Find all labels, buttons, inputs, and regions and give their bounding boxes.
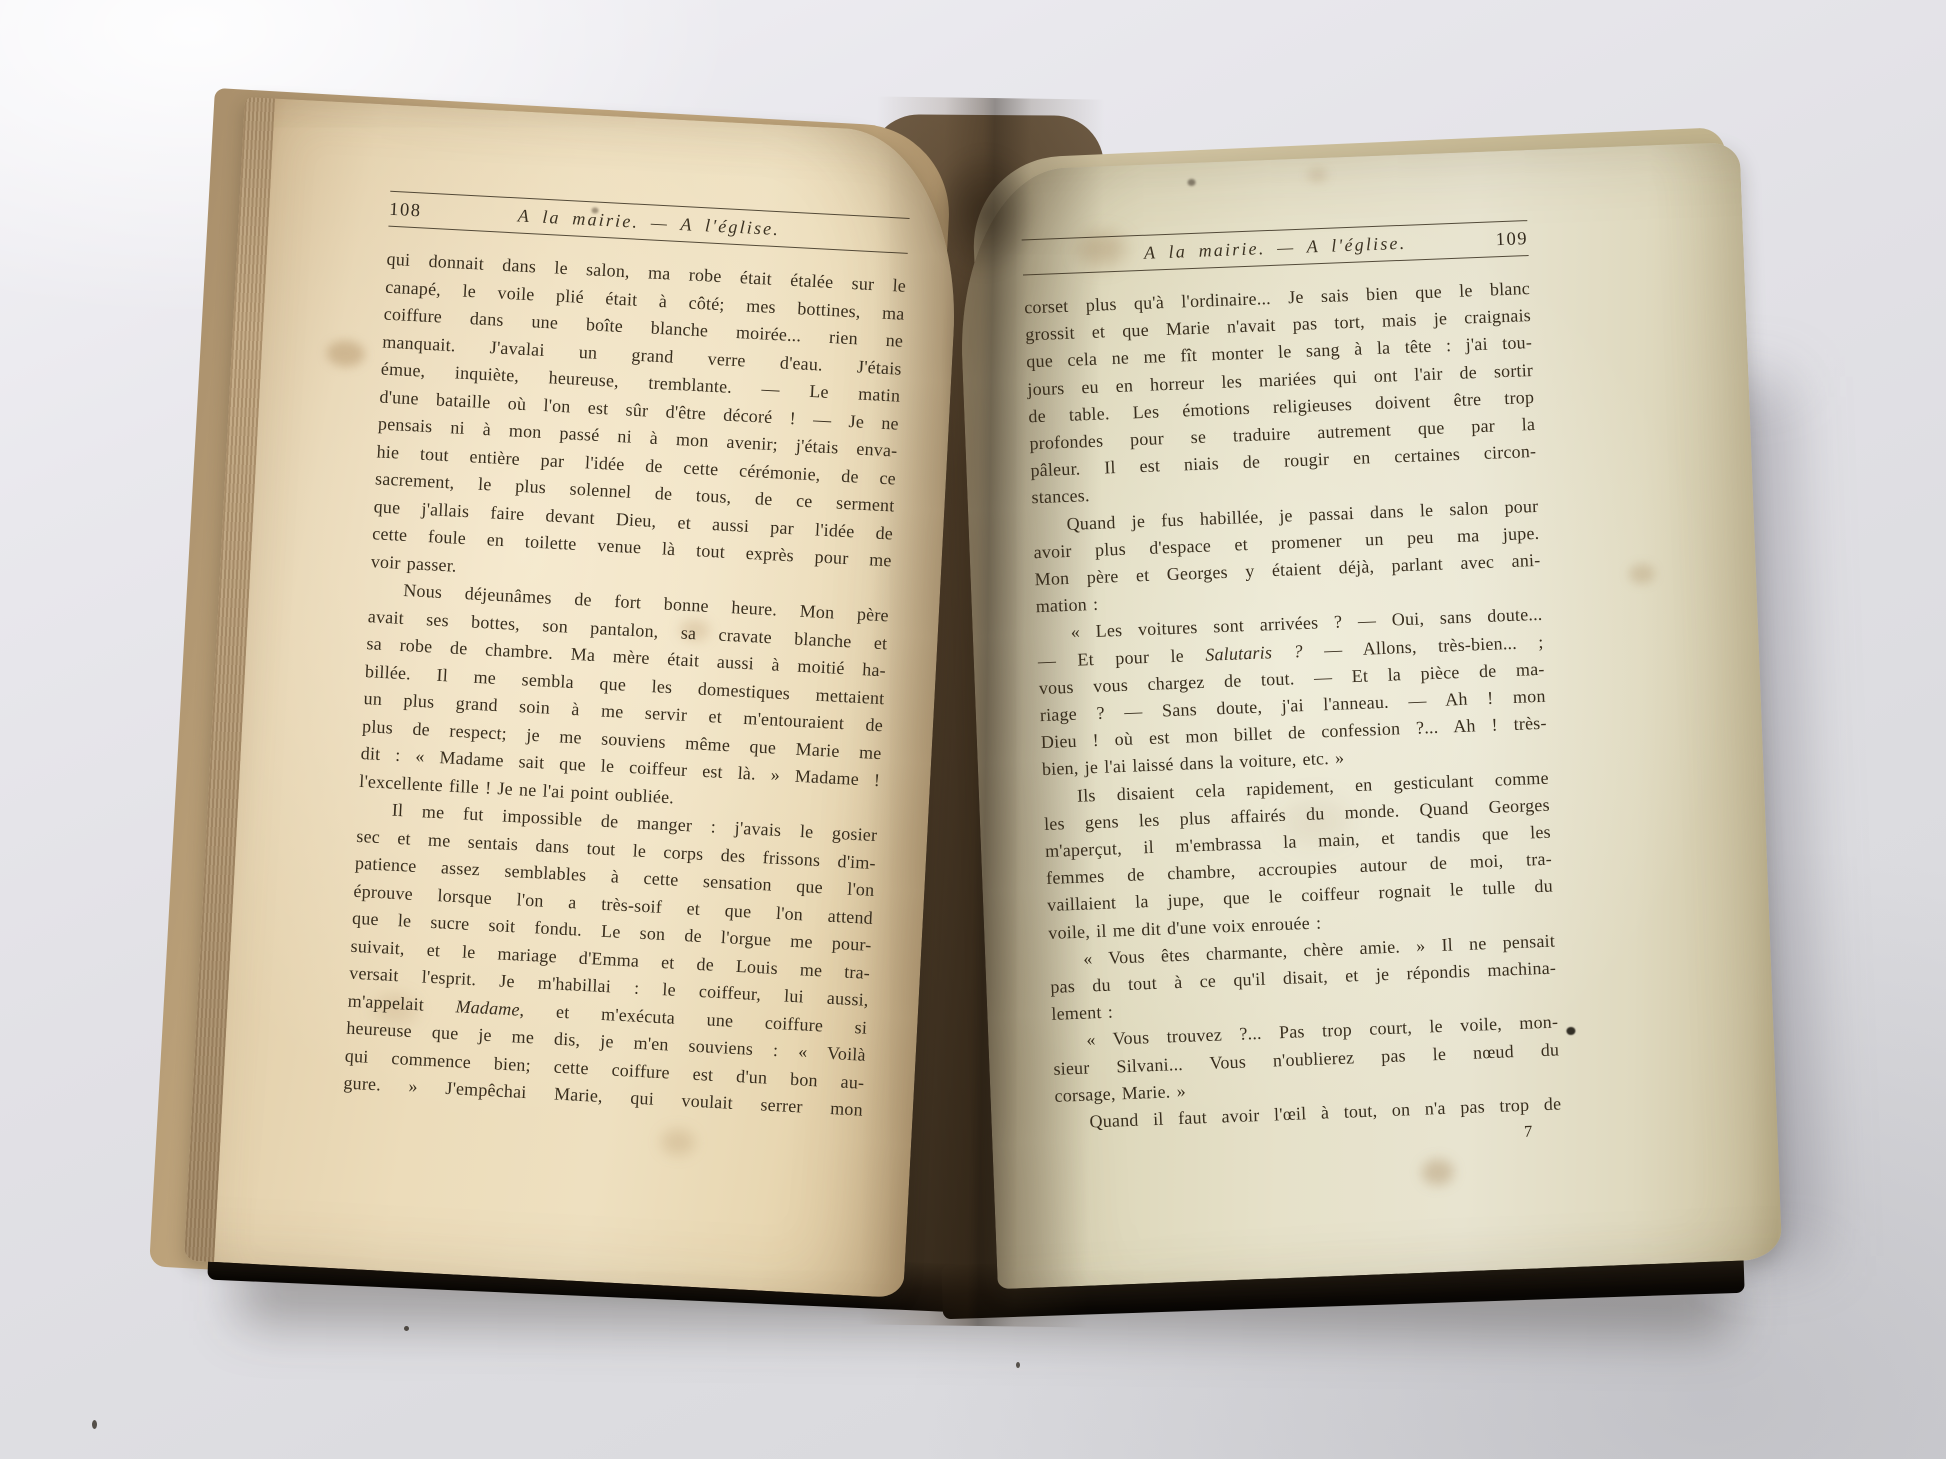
surface-speck [1016,1362,1020,1368]
page-body: qui donnait dans le salon, ma robe était… [343,246,907,1125]
page-number: 109 [1464,229,1529,252]
header-spacer [844,239,908,242]
page-header: A la mairie. — A l'église. 109 [1022,220,1529,275]
page-left: 108 A la mairie. — A l'église. qui donna… [184,97,964,1298]
running-title: A la mairie. — A l'église. [453,202,846,243]
paragraph: Quand je fus habillée, je passai dans le… [1032,492,1542,620]
page-header: 108 A la mairie. — A l'église. [388,191,909,254]
page-right: A la mairie. — A l'église. 109 corset pl… [955,142,1782,1289]
surface-speck [92,1420,97,1429]
page-body: corset plus qu'à l'ordinaire... Je sais … [1024,275,1562,1137]
paper-stain [1421,1159,1454,1186]
paper-stain [326,340,365,368]
page-number: 108 [389,200,454,224]
paragraph: Nous déjeunâmes de fort bonne heure. Mon… [359,575,890,822]
paper-stain [660,1128,695,1156]
paper-stain [1187,179,1195,186]
paragraph: corset plus qu'à l'ordinaire... Je sais … [1024,275,1538,512]
ink-speck [1566,1027,1575,1035]
paragraph: qui donnait dans le salon, ma robe était… [370,246,907,603]
paper-stain [1629,563,1656,584]
paragraph: « Les voitures sont arrivées ? — Oui, sa… [1036,601,1548,784]
paragraph: Il me fut impossible de manger : j'avais… [343,795,878,1124]
paper-stain [1307,168,1328,183]
header-spacer [1023,261,1087,263]
paragraph: Ils disaient cela rapidement, en gesticu… [1043,764,1555,947]
surface-speck [404,1326,409,1331]
